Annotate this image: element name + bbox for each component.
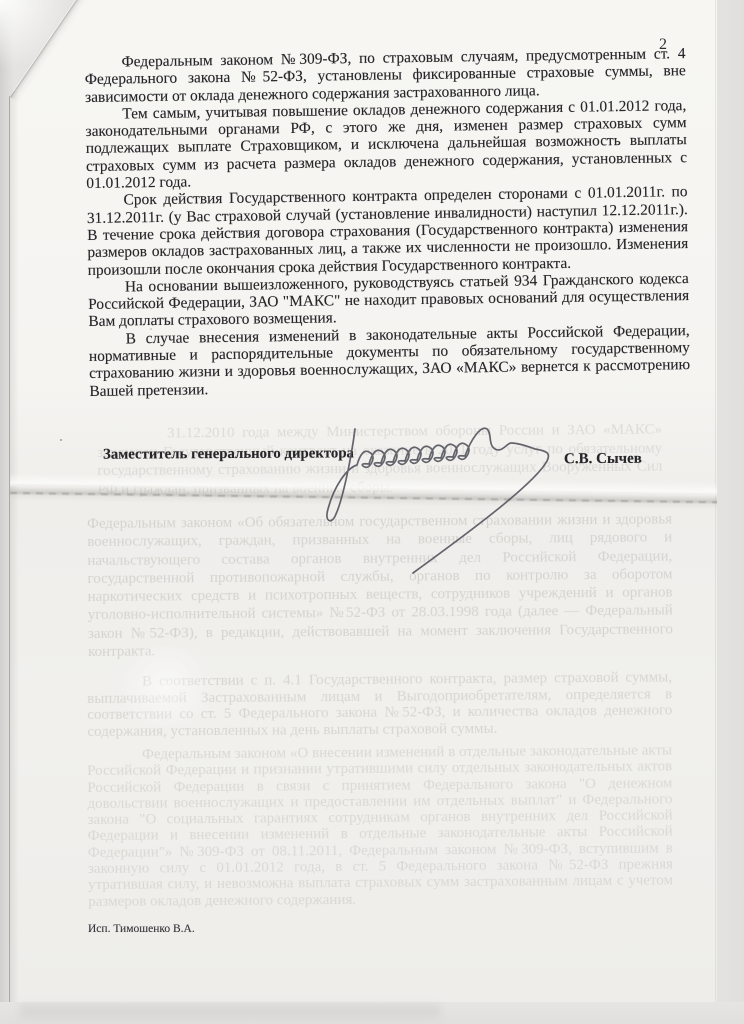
scan-speck <box>60 439 62 441</box>
body-paragraph: На основании вышеизложенного, руководств… <box>88 270 690 331</box>
letter-body: Федеральным законом №309-ФЗ, по страховы… <box>84 45 690 400</box>
signature-scribble <box>295 413 595 598</box>
folded-corner-edge <box>10 0 88 103</box>
paper-blotch <box>110 646 220 726</box>
executor-note: Исп. Тимошенко В.А. <box>88 923 195 935</box>
body-paragraph: Срок действия Государственного контракта… <box>86 183 688 278</box>
paper-sheet: 31.12.2010 года между Министерством обор… <box>9 0 719 1005</box>
body-paragraph: Тем самым, учитывая повышение окладов де… <box>85 97 687 192</box>
left-edge-shade <box>10 91 19 1004</box>
bleedthrough-paragraph: Федеральным законом «О внесении изменени… <box>87 742 673 910</box>
body-paragraph: Федеральным законом №309-ФЗ, по страховы… <box>84 45 686 106</box>
scanned-letter-page: 31.12.2010 года между Министерством обор… <box>0 0 744 1024</box>
body-paragraph: В случае внесения изменений в законодате… <box>89 322 691 400</box>
scanner-background-bottom <box>0 1002 744 1024</box>
